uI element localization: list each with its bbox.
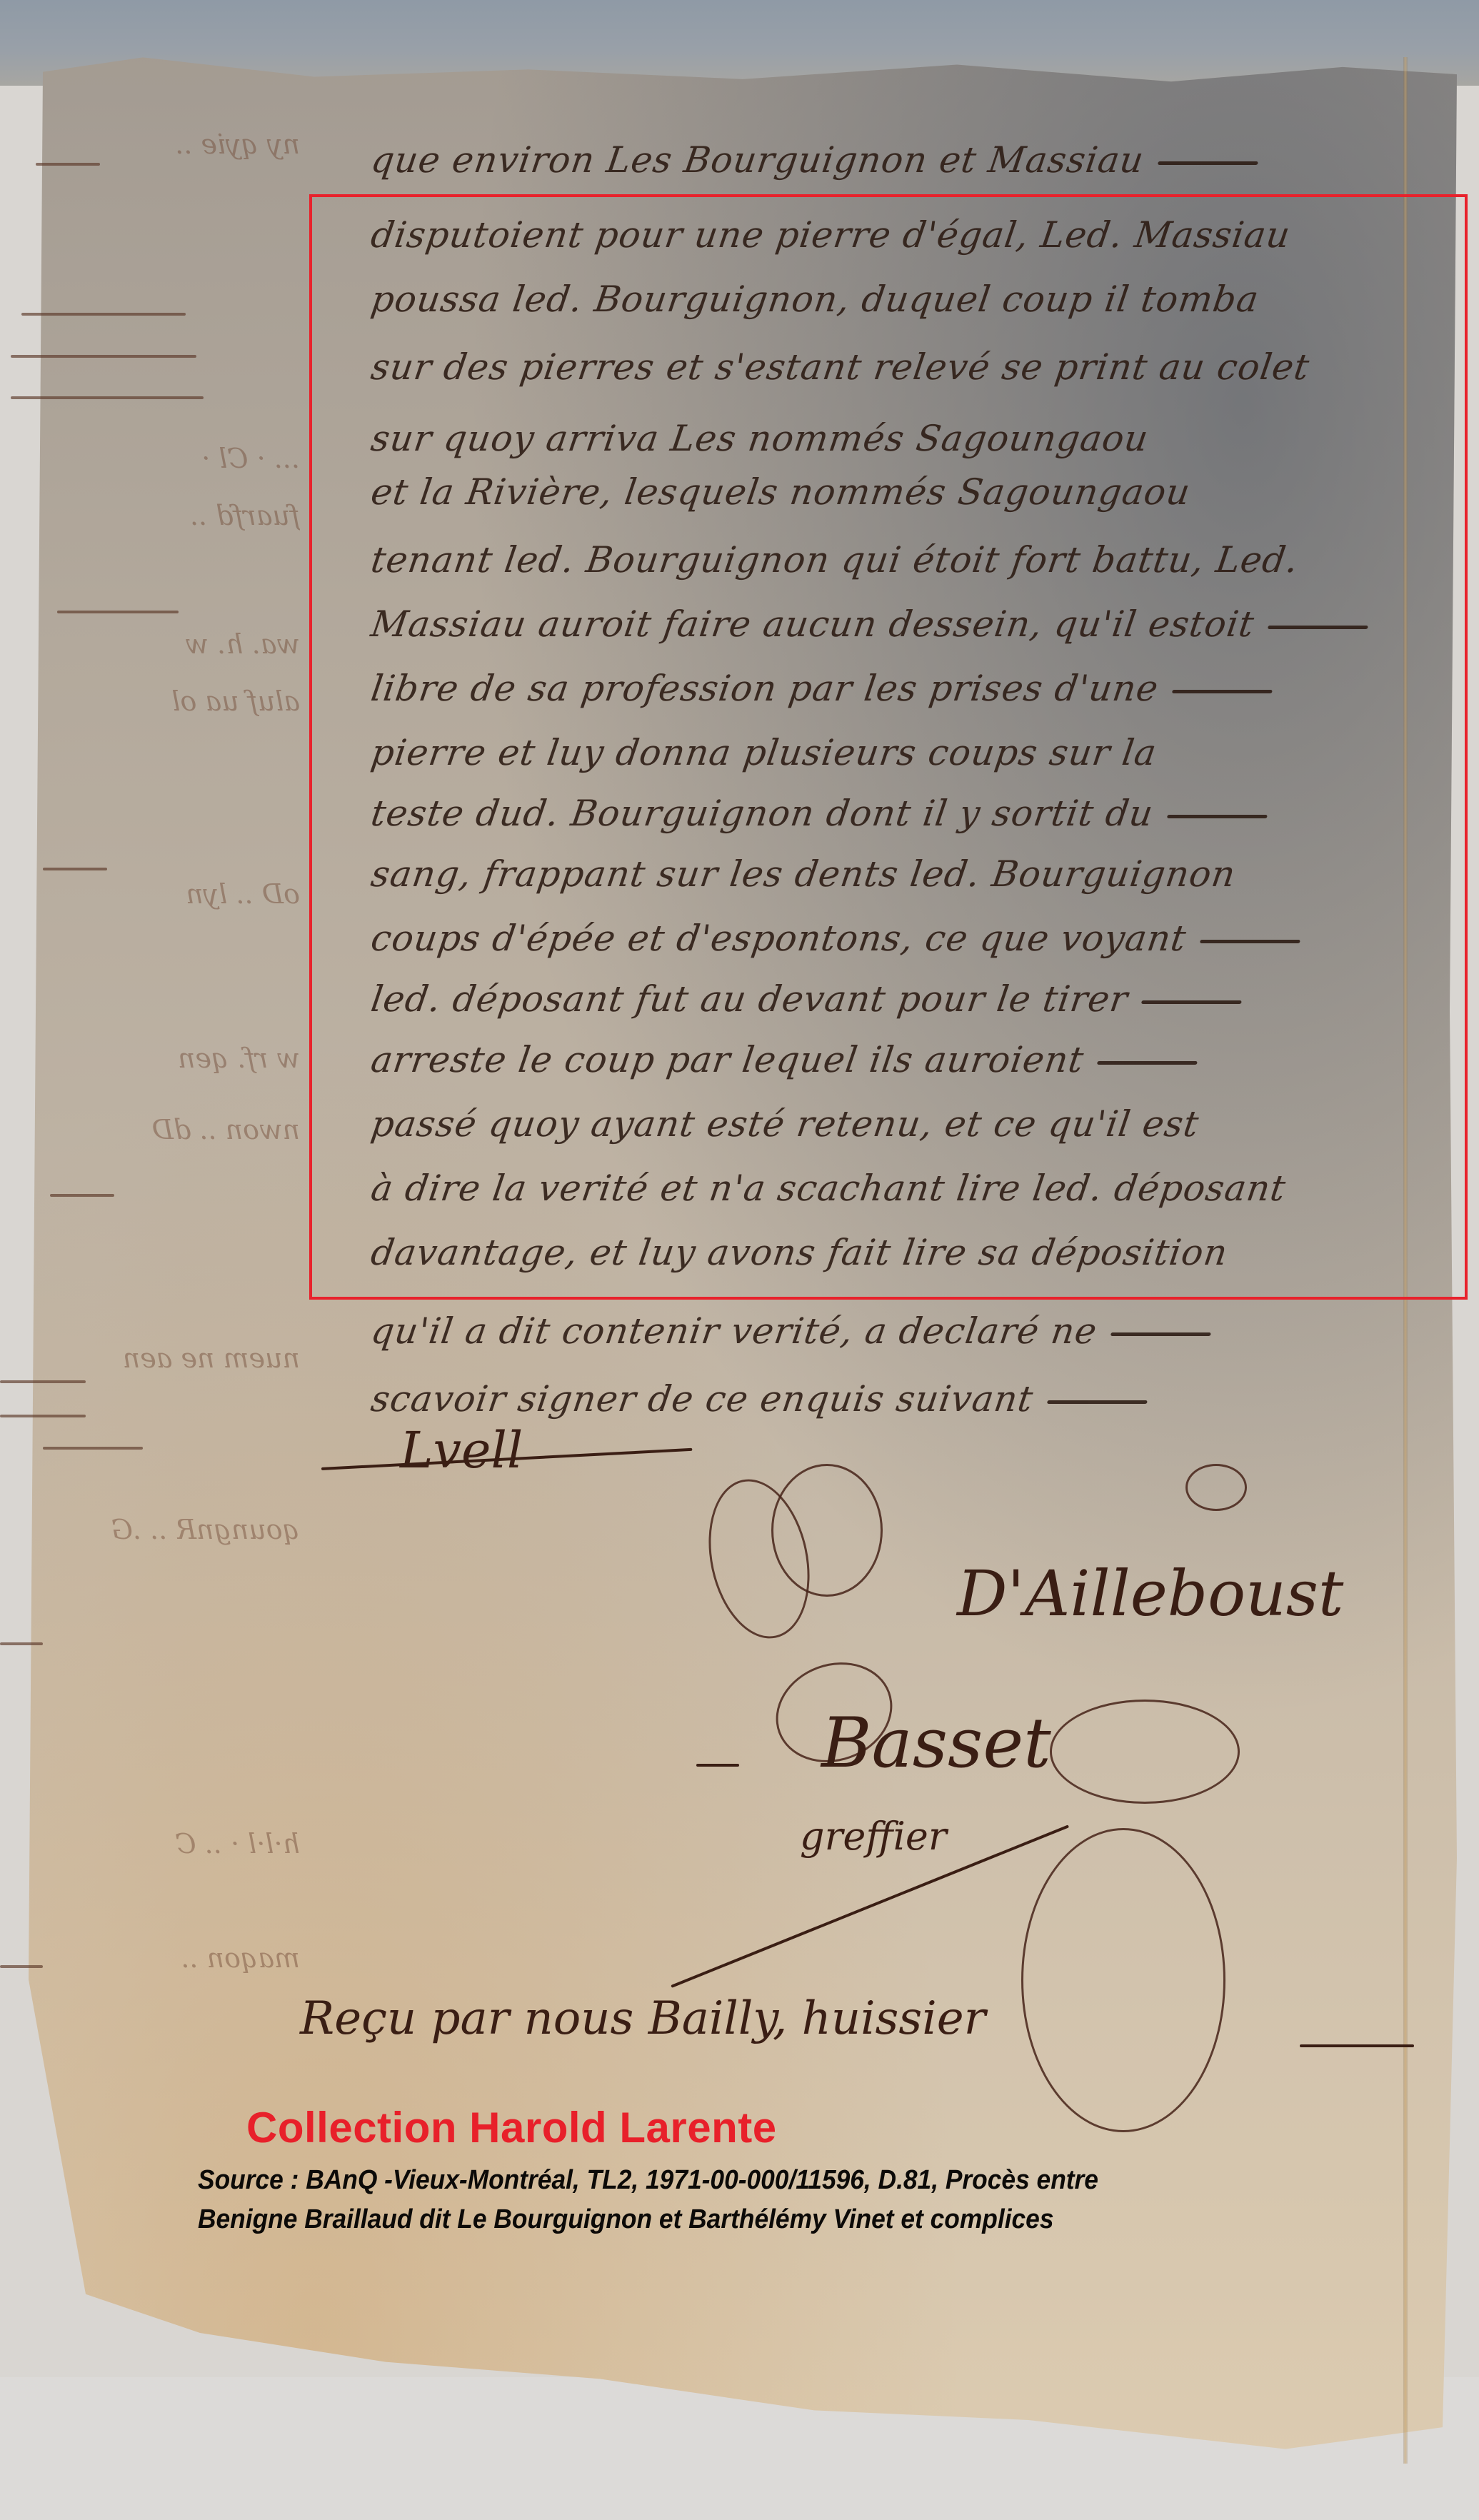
margin-rule <box>57 611 179 613</box>
margin-rule <box>0 1642 43 1645</box>
signature-flourish <box>1050 1700 1240 1804</box>
margin-bleed-text: maqon .. <box>14 1942 300 1974</box>
signature-flourish <box>1021 1828 1225 2132</box>
margin-rule <box>0 1965 43 1968</box>
margin-bleed-text: nwon .. dD <box>14 1114 300 1145</box>
margin-bleed-text: aluf ua ol <box>14 686 300 717</box>
signature-flourish <box>1185 1464 1247 1511</box>
collection-title: Collection Harold Larente <box>246 2103 777 2152</box>
margin-rule <box>50 1194 114 1197</box>
manuscript-line: scavoir signer de ce enquis suivant <box>369 1378 1150 1420</box>
margin-rule <box>11 355 196 358</box>
margin-bleed-text: h·l·l · .. C <box>14 1828 300 1859</box>
margin-rule <box>0 1415 86 1417</box>
margin-rule <box>36 163 100 166</box>
signature-dailleboust: D'Ailleboust <box>957 1557 1343 1630</box>
margin-bleed-text: ny qyie .. <box>14 129 300 160</box>
margin-bleed-text: fuarfd .. <box>14 500 300 531</box>
signature-scribble: Lvell <box>400 1421 523 1480</box>
signature-stroke <box>696 1764 739 1767</box>
margin-bleed-text: qoungnR .. .G <box>14 1514 300 1545</box>
signature-basset: Basset <box>821 1703 1051 1783</box>
margin-rule <box>43 868 107 870</box>
margin-bleed-text: oD .. lyn <box>14 878 300 910</box>
margin-bleed-text: w rf. qen <box>14 1043 300 1074</box>
source-citation-line-2: Benigne Braillaud dit Le Bourguignon et … <box>198 2204 1327 2235</box>
margin-rule <box>43 1447 143 1450</box>
margin-bleed-text: wa. h. w <box>14 628 300 660</box>
signature-greffier: greffier <box>800 1814 947 1859</box>
source-citation-line-1: Source : BAnQ -Vieux-Montréal, TL2, 1971… <box>198 2165 1327 2196</box>
margin-bleed-text: ... · Cl · <box>14 443 300 474</box>
signature-underline <box>1300 2044 1414 2047</box>
margin-rule <box>11 396 204 399</box>
manuscript-line: qu'il a dit contenir verité, a declaré n… <box>369 1310 1214 1352</box>
signature-bailly-line: Reçu par nous Bailly, huissier <box>300 1992 986 2045</box>
margin-rule <box>0 1380 86 1383</box>
highlight-box <box>309 194 1468 1300</box>
margin-bleed-text: nuem ne aen <box>14 1342 300 1374</box>
manuscript-line: que environ Les Bourguignon et Massiau <box>369 139 1261 181</box>
signature-flourish <box>771 1464 883 1597</box>
margin-rule <box>21 313 186 316</box>
